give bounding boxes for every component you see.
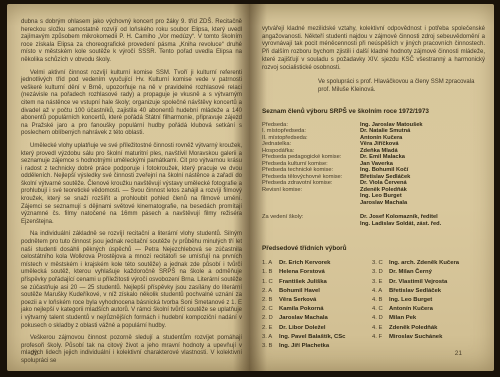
class-row: 1. CFrantišek Juliška: [262, 278, 372, 287]
book-spread: dubna s dobrým ohlasem jako výchovný kon…: [0, 0, 500, 377]
member-name: Břetislav Sedláček: [389, 287, 441, 296]
class-label: 3. C: [372, 259, 389, 268]
class-row: 4. BIng. Leo Burget: [372, 296, 459, 305]
page-number: 20: [31, 350, 38, 357]
member-names: Zdeněk Poledňák Ing. Leo Burget Jaroslav…: [360, 187, 407, 207]
member-name: Ing. Ladislav Soldát, zást. řed.: [360, 221, 441, 228]
class-label: 4. D: [372, 314, 389, 323]
class-label: 4. B: [372, 296, 389, 305]
class-label: 4. A: [372, 287, 389, 296]
member-name: Bohumil Havel: [279, 287, 320, 296]
paragraph: Na individuální základně se rozvíjí reci…: [21, 231, 242, 330]
class-label: 3. B: [262, 342, 279, 351]
class-row: 1. BHelena Forstová: [262, 268, 372, 277]
page-number: 21: [455, 350, 462, 357]
class-row: 4. CAntonín Kučera: [372, 305, 459, 314]
member-name: Dr. Erich Kervorek: [279, 259, 330, 268]
class-label: 3. A: [262, 333, 279, 342]
class-row: 3. BIng. Jiří Plachetka: [262, 342, 372, 351]
credit-line: prof. Miluše Kleinová.: [318, 86, 485, 94]
class-column-left: 1. ADr. Erich Kervorek 1. BHelena Forsto…: [262, 259, 372, 351]
class-row: 3. AIng. Pavel Balaštík, CSc: [262, 333, 372, 342]
credit-line: Ve spolupráci s prof. Hlaváčkovou a člen…: [318, 78, 485, 86]
class-label: 3. D: [372, 268, 389, 277]
class-row: 3. EDr. Vlastimil Vejrosta: [372, 278, 459, 287]
member-name: Zdeněk Poledňák: [389, 324, 437, 333]
class-row: 4. ABřetislav Sedláček: [372, 287, 459, 296]
member-name: Věra Serková: [279, 296, 316, 305]
member-name: Miroslav Suchánek: [389, 333, 442, 342]
class-label: 4. C: [372, 305, 389, 314]
member-name: Ing. arch. Zdeněk Kučera: [389, 259, 459, 268]
roster-list: Předseda:Ing. Jaroslav Matoušek I. místo…: [262, 122, 485, 228]
credit-block: Ve spolupráci s prof. Hlaváčkovou a člen…: [318, 78, 485, 94]
class-label: 1. B: [262, 268, 279, 277]
member-name: Dr. Milan Černý: [389, 268, 432, 277]
class-row: 2. BVěra Serková: [262, 296, 372, 305]
class-row: 4. EZdeněk Poledňák: [372, 324, 459, 333]
class-label: 2. E: [262, 324, 279, 333]
class-label: 2. C: [262, 305, 279, 314]
member-name: Ing. Jiří Plachetka: [279, 342, 329, 351]
right-page-text: vytvářejí kladné mezilidské vztahy, kole…: [262, 26, 485, 351]
class-row: 3. DDr. Milan Černý: [372, 268, 459, 277]
roster-row-leadership: Za vedení školy: Dr. Josef Kolomazník, ř…: [262, 214, 485, 227]
member-name: Dr. Vlastimil Vejrosta: [389, 278, 447, 287]
class-label: 2. A: [262, 287, 279, 296]
class-committee-heading: Předsedové třídních výborů: [262, 245, 485, 252]
class-label: 1. C: [262, 278, 279, 287]
class-row: 2. ABohumil Havel: [262, 287, 372, 296]
class-row: 1. ADr. Erich Kervorek: [262, 259, 372, 268]
paragraph: vytvářejí kladné mezilidské vztahy, kole…: [262, 26, 485, 72]
class-label: 4. E: [372, 324, 389, 333]
class-label: 4. F: [372, 333, 389, 342]
class-row: 2. DJaroslav Machala: [262, 314, 372, 323]
role-label: Za vedení školy:: [262, 214, 360, 227]
member-names: Dr. Josef Kolomazník, ředitel Ing. Ladis…: [360, 214, 441, 227]
class-row: 4. FMiroslav Suchánek: [372, 333, 459, 342]
class-committee-list: 1. ADr. Erich Kervorek 1. BHelena Forsto…: [262, 259, 485, 351]
class-label: 1. A: [262, 259, 279, 268]
member-name: Jaroslav Machala: [279, 314, 328, 323]
member-name: Ing. Leo Burget: [389, 296, 432, 305]
paragraph: dubna s dobrým ohlasem jako výchovný kon…: [21, 19, 242, 65]
class-row: 2. CKamila Pokorná: [262, 305, 372, 314]
member-name: Ing. Pavel Balaštík, CSc: [279, 333, 345, 342]
right-page: vytvářejí kladné mezilidské vztahy, kole…: [249, 4, 494, 371]
paragraph: Veškerou zájmovou činnost pozorně sleduj…: [21, 335, 242, 365]
paragraph: Umělecké vlohy uplatňuje ve své příležit…: [21, 143, 242, 227]
class-row: 4. DMilan Pek: [372, 314, 459, 323]
member-name: František Juliška: [279, 278, 327, 287]
member-name: Helena Forstová: [279, 268, 325, 277]
role-label: Revisní komise:: [262, 187, 360, 207]
class-row: 3. CIng. arch. Zdeněk Kučera: [372, 259, 459, 268]
class-column-right: 3. CIng. arch. Zdeněk Kučera 3. DDr. Mil…: [372, 259, 459, 351]
class-label: 3. E: [372, 278, 389, 287]
class-label: 2. B: [262, 296, 279, 305]
class-label: 2. D: [262, 314, 279, 323]
class-row: 2. EDr. Libor Doležel: [262, 324, 372, 333]
member-name: Antonín Kučera: [389, 305, 433, 314]
left-page: dubna s dobrým ohlasem jako výchovný kon…: [7, 4, 249, 371]
roster-row-revision: Revisní komise: Zdeněk Poledňák Ing. Leo…: [262, 187, 485, 207]
member-name: Jaroslav Machala: [360, 200, 407, 207]
left-page-text: dubna s dobrým ohlasem jako výchovný kon…: [21, 19, 242, 371]
paragraph: Velmi aktivní činnost rozvíjí kulturní k…: [21, 70, 242, 138]
member-name: Kamila Pokorná: [279, 305, 324, 314]
member-name: Dr. Libor Doležel: [279, 324, 325, 333]
member-name: Milan Pek: [389, 314, 416, 323]
roster-heading: Seznam členů výboru SRPŠ ve školním roce…: [262, 108, 485, 115]
